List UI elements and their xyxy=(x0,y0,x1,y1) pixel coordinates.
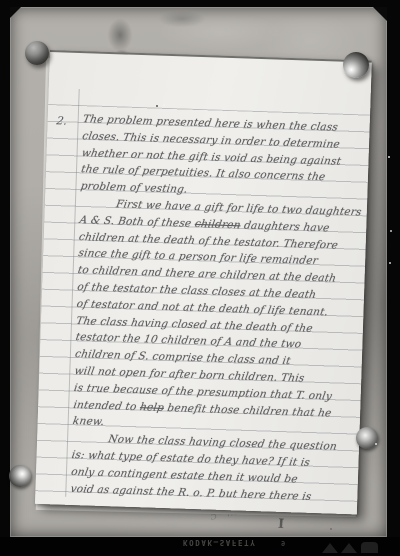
thumbtack-pin-middle-right xyxy=(356,427,378,449)
handwriting-block: The problem presented here is when the c… xyxy=(69,111,358,506)
handwritten-text: intended to xyxy=(72,399,141,413)
film-notch-triangle-1 xyxy=(322,543,338,553)
frame-bevel-top-left xyxy=(10,7,21,18)
board-pencil-letter: I xyxy=(277,517,284,532)
film-marking-text: KODAK—SAFETY xyxy=(183,538,256,547)
thumbtack-pin-top-right xyxy=(343,52,369,78)
film-notch-square xyxy=(361,542,378,553)
struck-word: help xyxy=(139,401,165,414)
thumbtack-pin-top-left xyxy=(25,41,49,65)
film-edge-band: KODAK—SAFETY 9 xyxy=(0,537,400,556)
thumbtack-pin-bottom-left xyxy=(9,465,31,487)
item-number: 2. xyxy=(55,112,68,129)
frame-bevel-top-right xyxy=(373,7,387,21)
handwritten-text: A & S. Both of these xyxy=(79,214,196,230)
film-frame-number: 9 xyxy=(281,539,285,547)
struck-word: children xyxy=(194,218,242,231)
dust-specks xyxy=(0,0,2,2)
photo-frame: 5 m I 2. The problem presented here is w… xyxy=(0,0,400,556)
handwritten-text: daughters have xyxy=(240,219,331,234)
document-paper: 2. The problem presented here is when th… xyxy=(35,50,372,514)
film-notch-triangle-2 xyxy=(341,543,357,553)
